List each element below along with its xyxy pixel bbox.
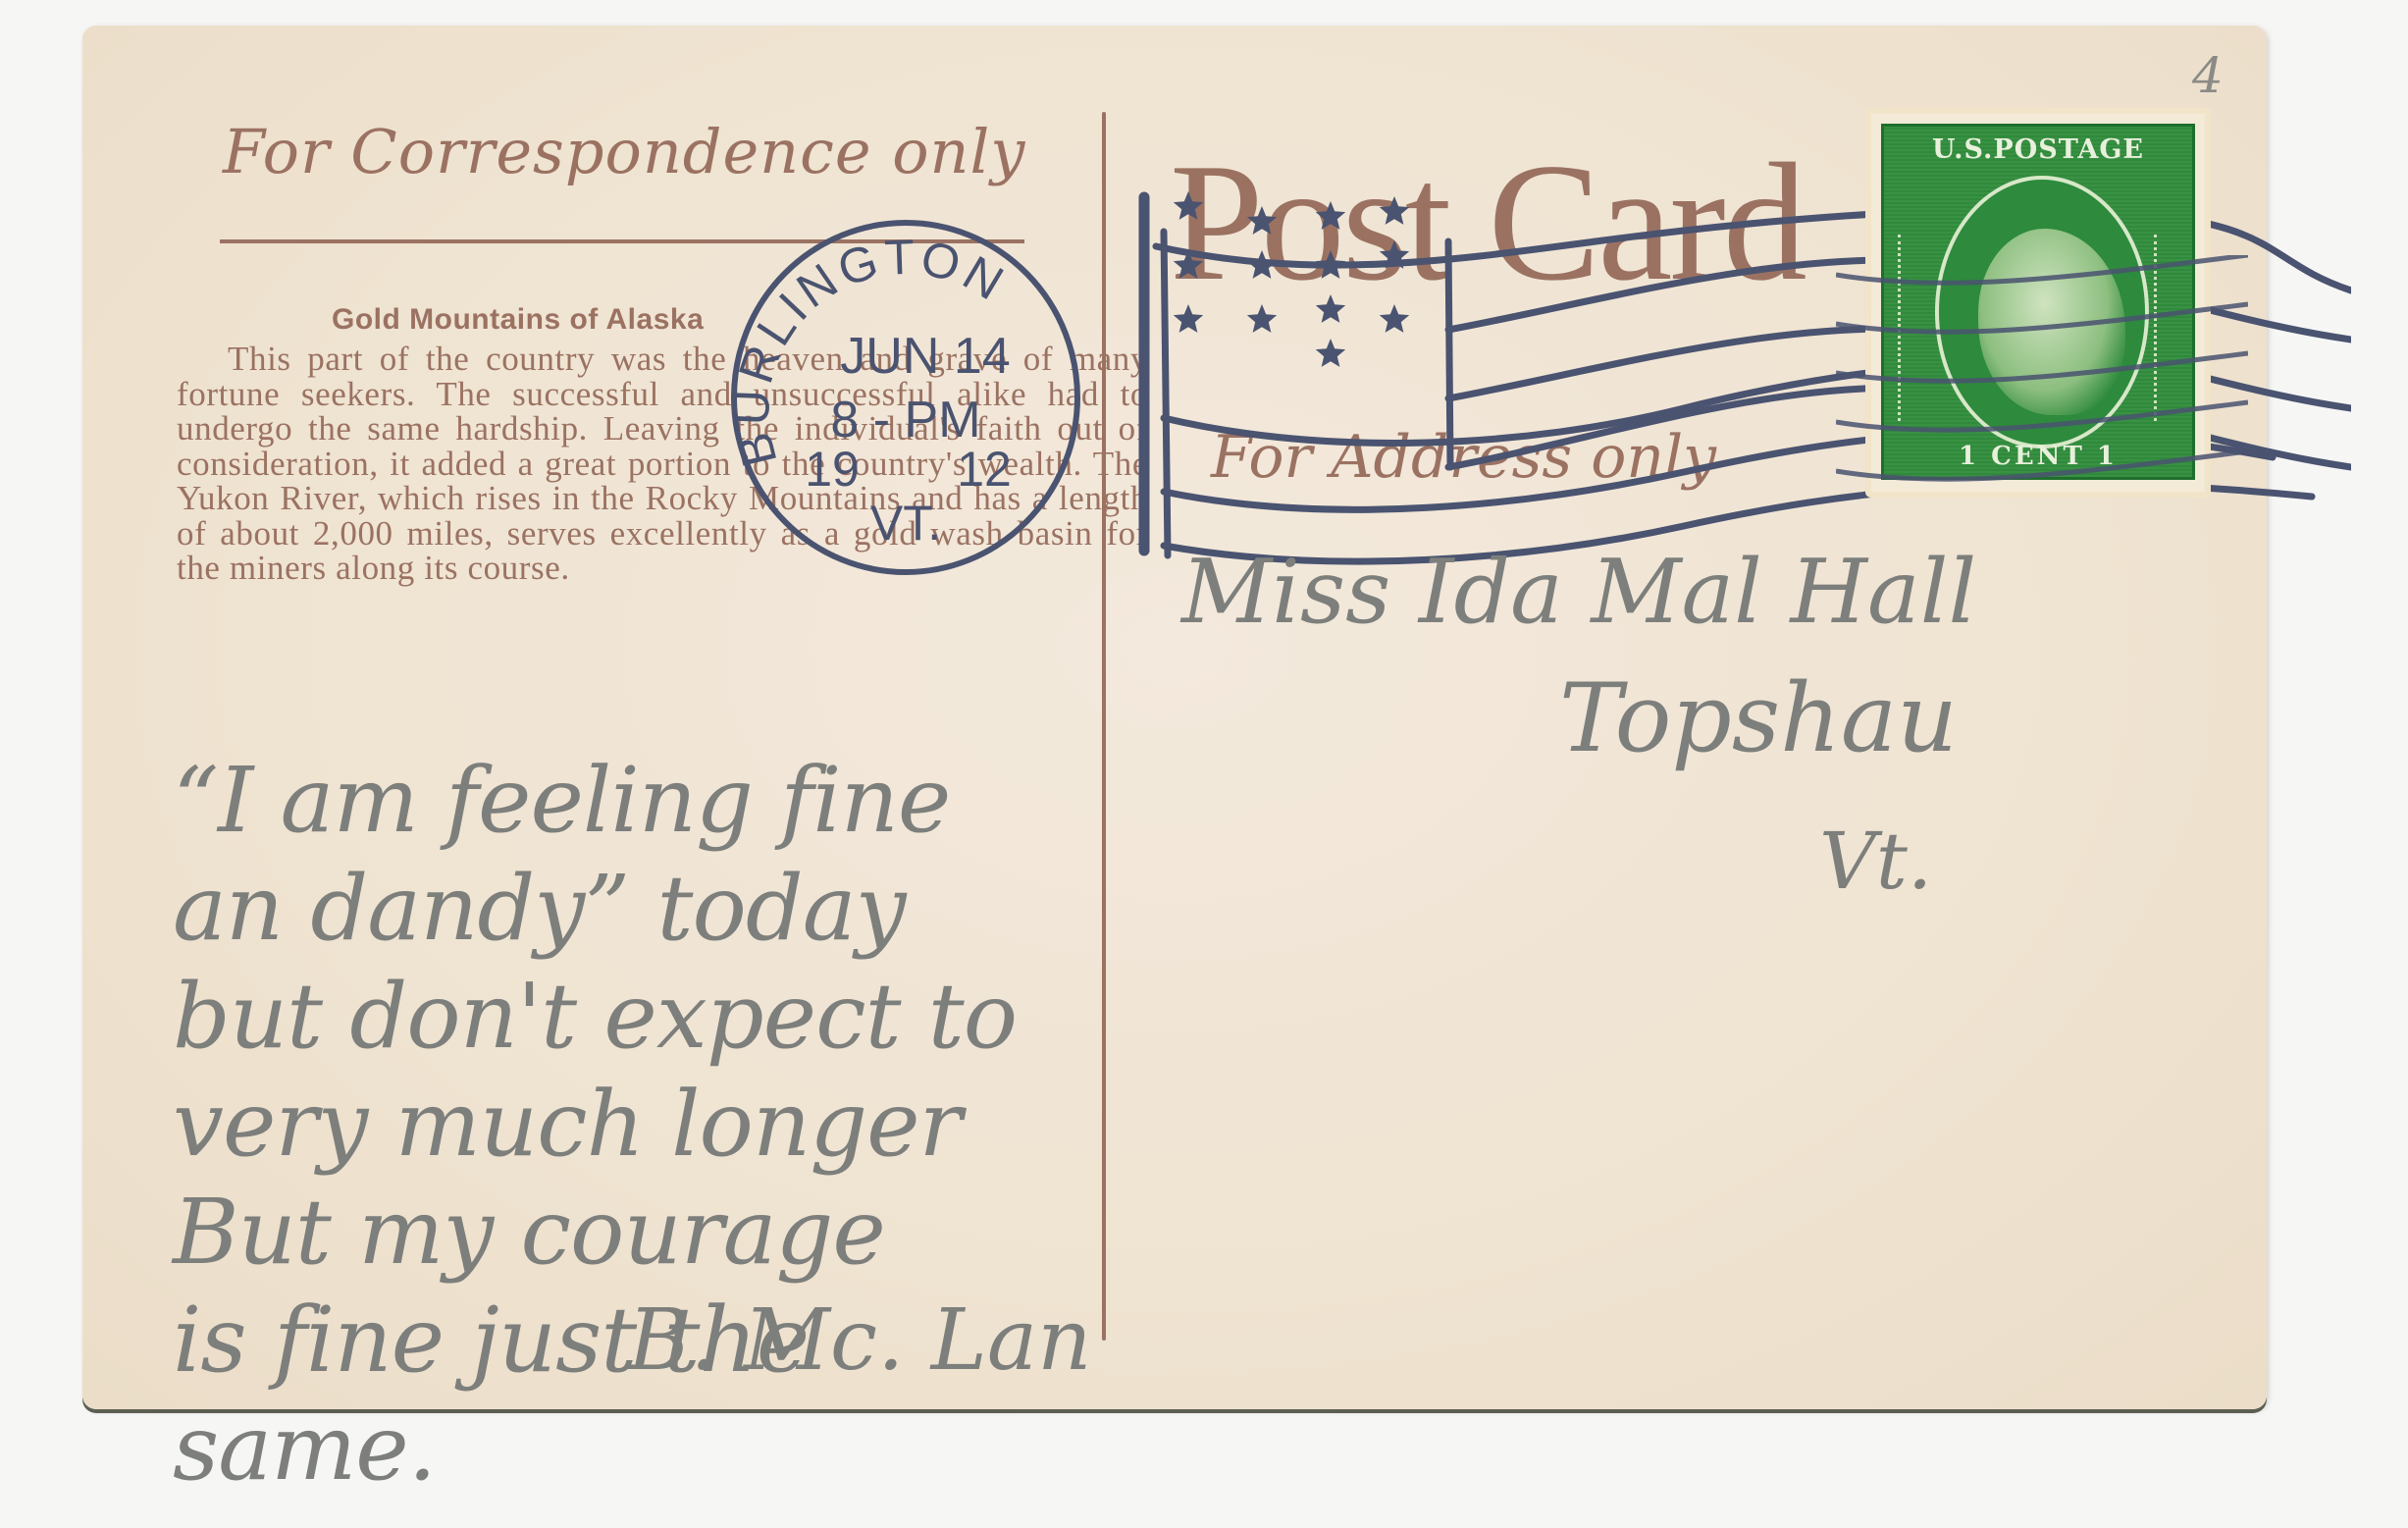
message-line: But my courage xyxy=(173,1179,1154,1287)
recipient-state: Vt. xyxy=(1819,816,1932,907)
article-title: Gold Mountains of Alaska xyxy=(332,303,704,337)
svg-text:8 - PM: 8 - PM xyxy=(830,392,980,448)
corner-pencil-mark: 4 xyxy=(2192,47,2224,104)
svg-text:19: 19 xyxy=(805,442,860,497)
message-line: very much longer xyxy=(173,1071,1154,1179)
message-line: an dandy” today xyxy=(173,855,1154,963)
svg-text:JUN 14: JUN 14 xyxy=(840,328,1010,385)
postage-stamp: U.S.POSTAGE 1 CENT 1 xyxy=(1865,108,2211,498)
stamp-top-text: U.S.POSTAGE xyxy=(1884,134,2192,165)
message-line: “I am feeling fine xyxy=(173,747,1154,855)
recipient-name: Miss Ida Mal Hall xyxy=(1181,541,1976,644)
postcard: 4 For Correspondence only Gold Mountains… xyxy=(82,26,2267,1409)
message-line: but don't expect to xyxy=(173,963,1154,1071)
svg-text:12: 12 xyxy=(957,442,1012,497)
center-divider xyxy=(1102,112,1106,1341)
message-line: same. xyxy=(173,1395,1154,1502)
recipient-city: Topshau xyxy=(1559,663,1958,773)
correspondence-header: For Correspondence only xyxy=(223,116,1025,187)
signature: B. Mc. Lan xyxy=(628,1291,1092,1390)
stamp-cancel-lines-icon xyxy=(1836,255,2248,510)
svg-text:VT.: VT. xyxy=(870,496,941,551)
postmark-icon: BURLINGTON JUN 14 8 - PM 19 12 VT. xyxy=(724,216,1087,579)
